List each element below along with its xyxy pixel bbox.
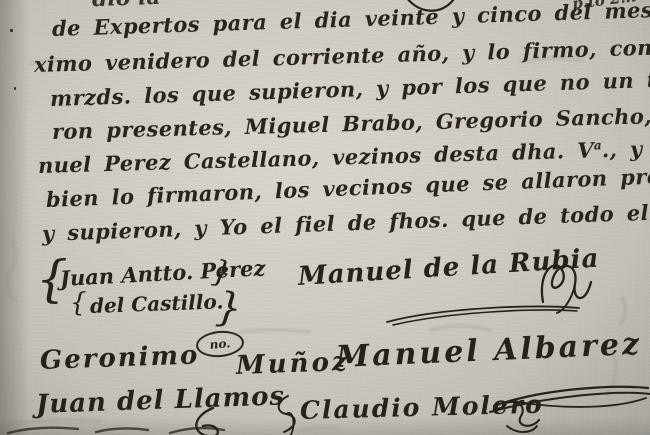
molero-tail-flourish-icon	[497, 396, 543, 435]
ink-speck	[10, 29, 13, 32]
signature-munoz: Muñoz	[235, 347, 350, 381]
open-brace-icon: {	[70, 290, 87, 316]
underline-swash-icon	[383, 300, 583, 328]
signature-geronimo: Geronimo	[39, 340, 199, 376]
ink-speck	[14, 87, 16, 90]
line-text-after: ., y tam.	[601, 134, 650, 162]
close-brace-icon: }	[214, 287, 243, 329]
notary-mark-text: no.	[209, 336, 231, 352]
bottom-partial-line-strokes	[0, 424, 340, 435]
manuscript-photo: dio la p.to 2.n de Expertos para el dia …	[0, 0, 650, 435]
line-text-after: presente	[620, 161, 650, 190]
signature-del-castillo: del Castillo.	[90, 289, 224, 318]
